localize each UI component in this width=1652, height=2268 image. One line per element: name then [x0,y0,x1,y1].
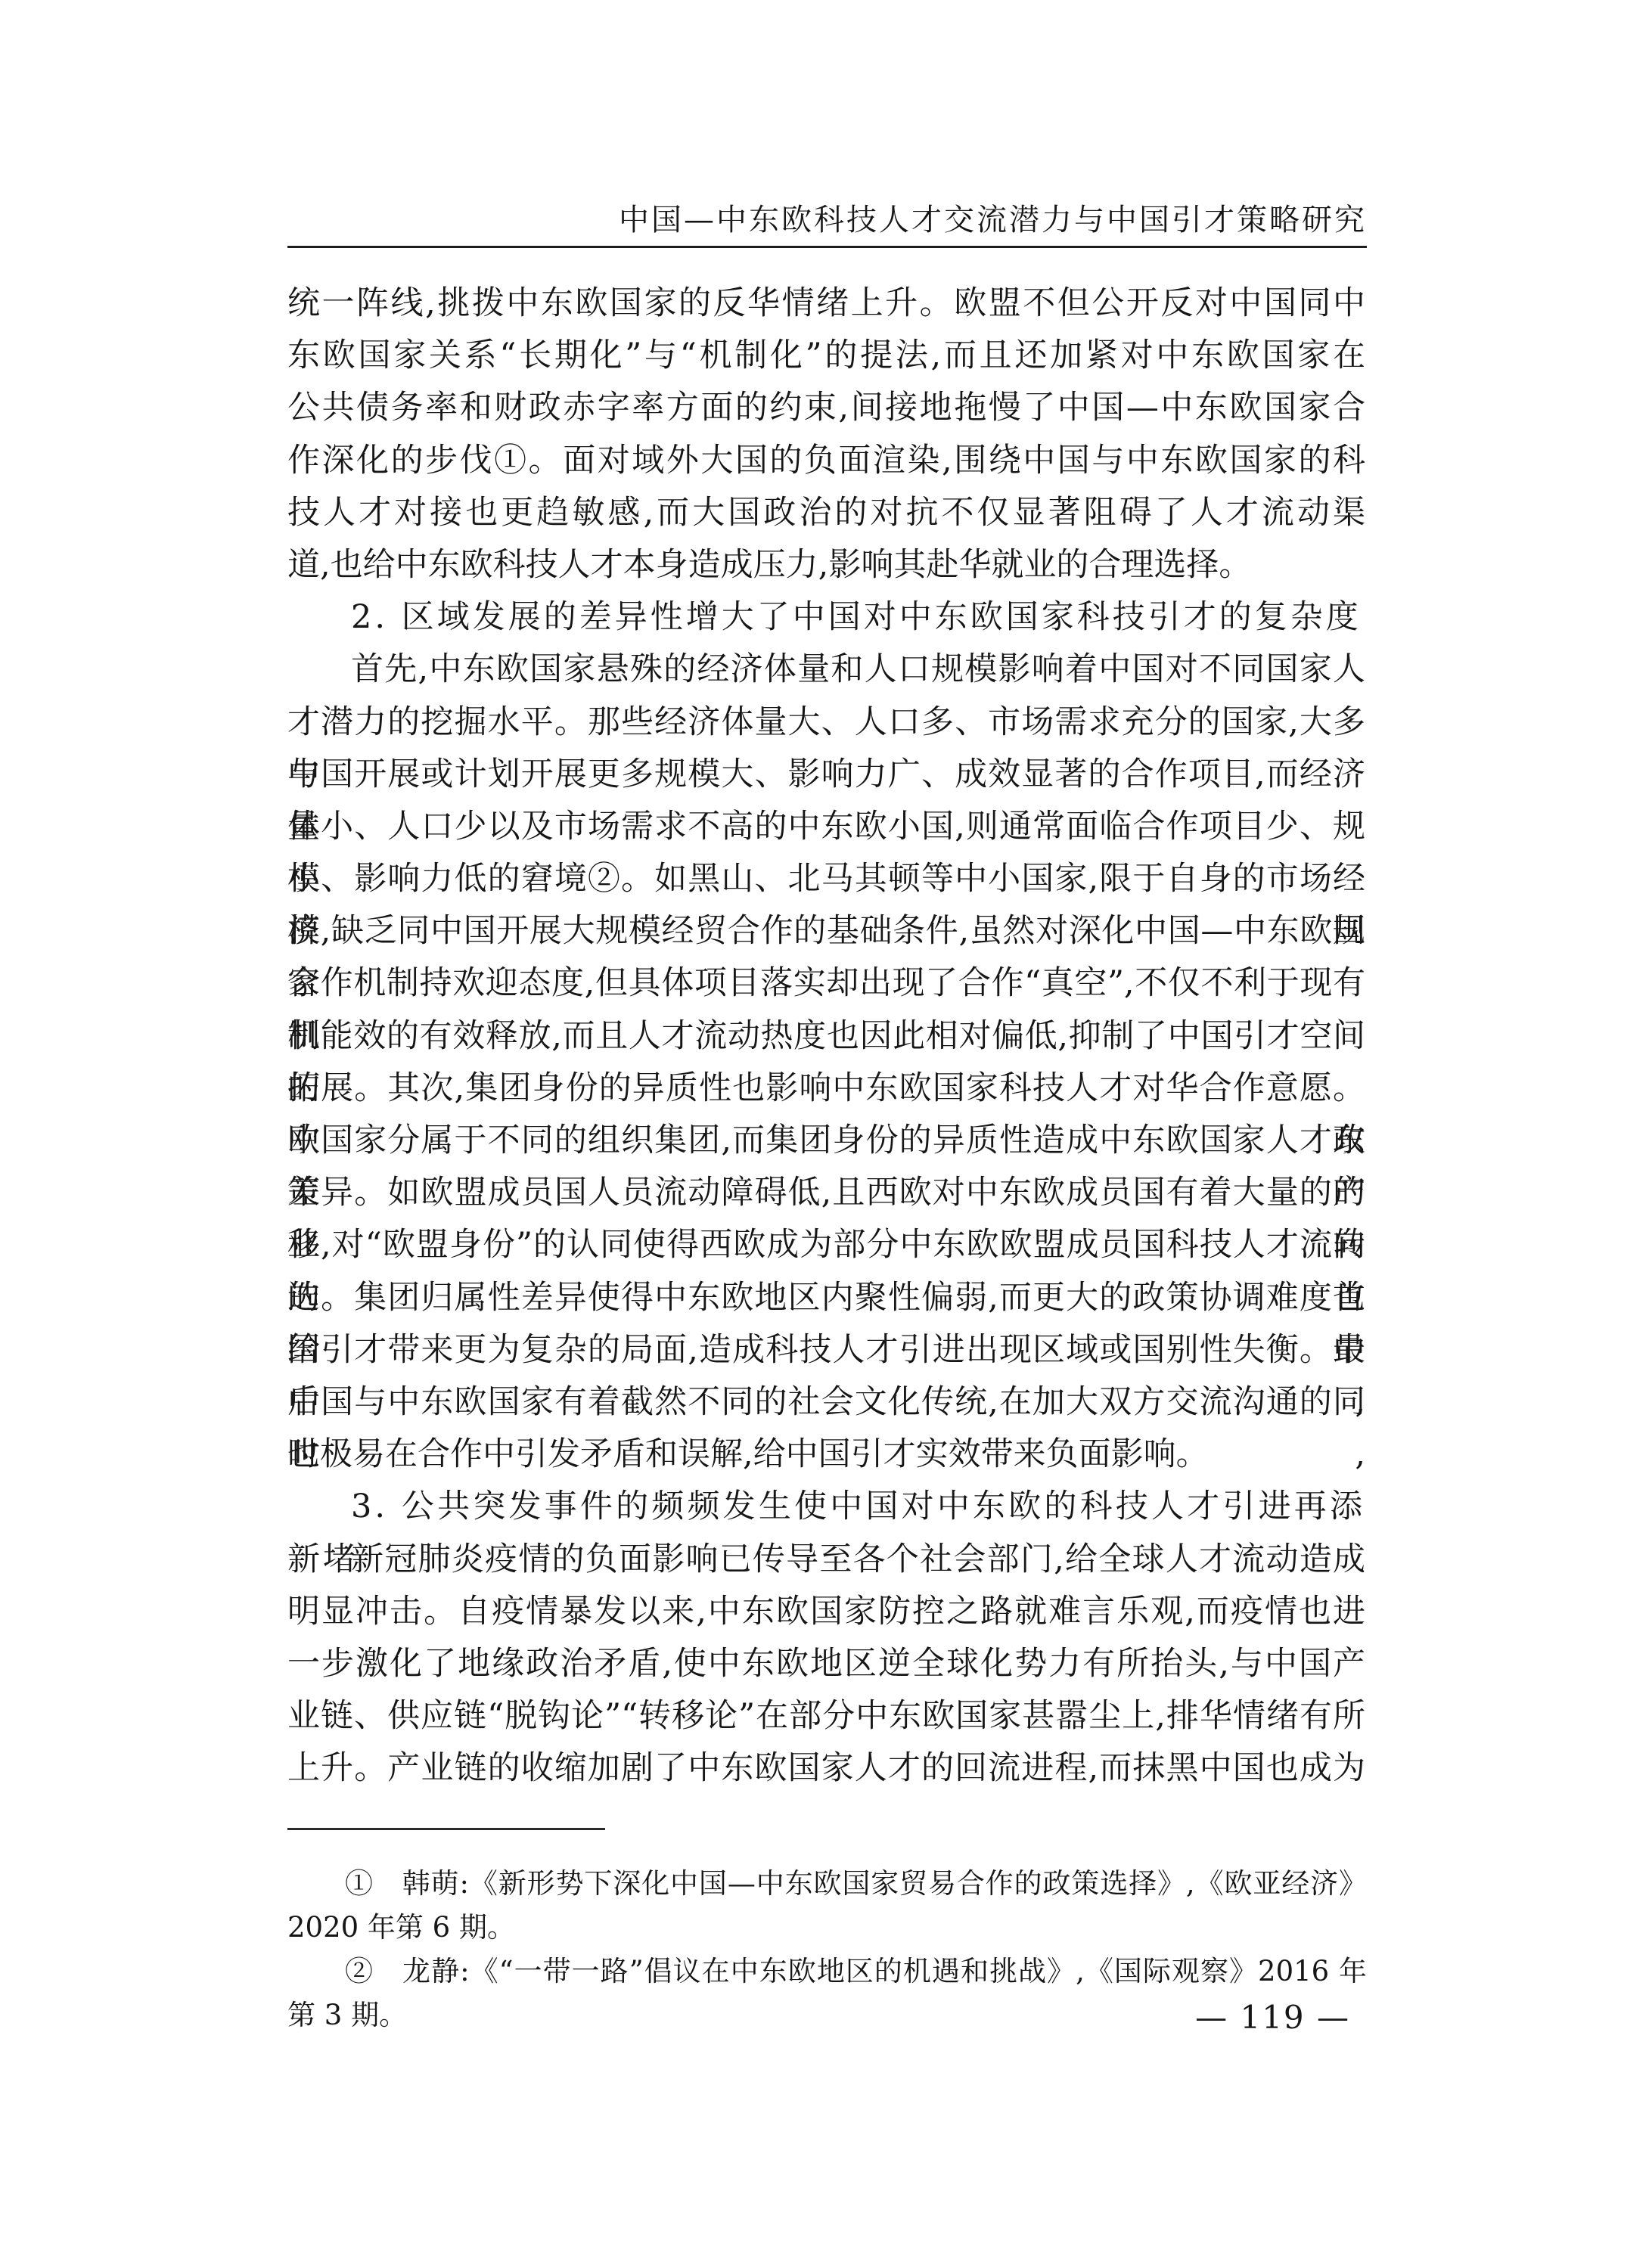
body-line: 选。集团归属性差异使得中东欧地区内聚性偏弱,而更大的政策协调难度也给中 [287,1272,1365,1324]
body-line: 中国与中东欧国家有着截然不同的社会文化传统,在加大双方交流沟通的同时, [287,1376,1365,1429]
body-line: 中国开展或计划开展更多规模大、影响力广、成效显著的合作项目,而经济体 [287,749,1365,801]
body-line: 首先,中东欧国家悬殊的经济体量和人口规模影响着中国对不同国家人 [287,644,1365,696]
body-line: 新冠肺炎疫情的负面影响已传导至各个社会部门,给全球人才流动造成 [287,1534,1365,1586]
body-line: 量小、人口少以及市场需求不高的中东欧小国,则通常面临合作项目少、规模 [287,801,1365,853]
body-line: 模,缺乏同中国开展大规模经贸合作的基础条件,虽然对深化中国—中东欧国家 [287,905,1365,957]
body-line: 差异。如欧盟成员国人员流动障碍低,且西欧对中东欧成员国有着大量的产业转 [287,1167,1365,1219]
body-line: 业链、供应链“脱钩论”“转移论”在部分中东欧国家甚嚣尘上,排华情绪有所 [287,1690,1365,1742]
body-line: 一步激化了地缘政治矛盾,使中东欧地区逆全球化势力有所抬头,与中国产 [287,1638,1365,1690]
body-line: 小、影响力低的窘境②。如黑山、北马其顿等中小国家,限于自身的市场经济规 [287,853,1365,905]
footnote-divider [287,1828,605,1830]
body-text: 统一阵线,挑拨中东欧国家的反华情绪上升。欧盟不但公开反对中国同中东欧国家关系“长… [287,278,1365,1795]
body-line: 上升。产业链的收缩加剧了中东欧国家人才的回流进程,而抹黑中国也成为 [287,1742,1365,1795]
body-line: 道,也给中东欧科技人才本身造成压力,影响其赴华就业的合理选择。 [287,539,1365,591]
running-header-title: 中国—中东欧科技人才交流潜力与中国引才策略研究 [287,200,1367,240]
body-line: 统一阵线,挑拨中东欧国家的反华情绪上升。欧盟不但公开反对中国同中 [287,278,1365,330]
footnote-line: ② 龙静:《“一带一路”倡议在中东欧地区的机遇和挑战》,《国际观察》2016 年… [287,1950,1367,1993]
body-line: 拓展。其次,集团身份的异质性也影响中东欧国家科技人才对华合作意愿。中东 [287,1063,1365,1115]
body-line: 移,对“欧盟身份”的认同使得西欧成为部分中东欧欧盟成员国科技人才流向的首 [287,1219,1365,1271]
body-line: 东欧国家关系“长期化”与“机制化”的提法,而且还加紧对中东欧国家在 [287,330,1365,382]
footnote-line: 2020 年第 6 期。 [287,1906,1367,1950]
body-line: 合作机制持欢迎态度,但具体项目落实却出现了合作“真空”,不仅不利于现有机 [287,957,1365,1010]
page-number: — 119 — [287,1997,1350,2039]
document-page: 中国—中东欧科技人才交流潜力与中国引才策略研究 统一阵线,挑拨中东欧国家的反华情… [0,0,1652,2268]
footnote-line: ① 韩萌:《新形势下深化中国—中东欧国家贸易合作的政策选择》,《欧亚经济》 [287,1862,1367,1906]
body-line: 明显冲击。自疫情暴发以来,中东欧国家防控之路就难言乐观,而疫情也进 [287,1586,1365,1638]
body-line: 欧国家分属于不同的组织集团,而集团身份的异质性造成中东欧国家人才政策的 [287,1115,1365,1167]
body-line: 公共债务率和财政赤字率方面的约束,间接地拖慢了中国—中东欧国家合 [287,382,1365,434]
body-line: 才潜力的挖掘水平。那些经济体量大、人口多、市场需求充分的国家,大多与 [287,697,1365,749]
section-heading: 3. 公共突发事件的频频发生使中国对中东欧的科技人才引进再添新堵 [287,1481,1365,1533]
footnotes: ① 韩萌:《新形势下深化中国—中东欧国家贸易合作的政策选择》,《欧亚经济》202… [287,1862,1367,1993]
body-line: 国引才带来更为复杂的局面,造成科技人才引进出现区域或国别性失衡。最后, [287,1324,1365,1376]
section-heading: 2. 区域发展的差异性增大了中国对中东欧国家科技引才的复杂度 [287,591,1365,644]
header-rule [287,246,1367,248]
body-line: 也极易在合作中引发矛盾和误解,给中国引才实效带来负面影响。 [287,1429,1365,1481]
body-line: 技人才对接也更趋敏感,而大国政治的对抗不仅显著阻碍了人才流动渠 [287,487,1365,539]
body-line: 制能效的有效释放,而且人才流动热度也因此相对偏低,抑制了中国引才空间的 [287,1010,1365,1063]
body-line: 作深化的步伐①。面对域外大国的负面渲染,围绕中国与中东欧国家的科 [287,435,1365,487]
